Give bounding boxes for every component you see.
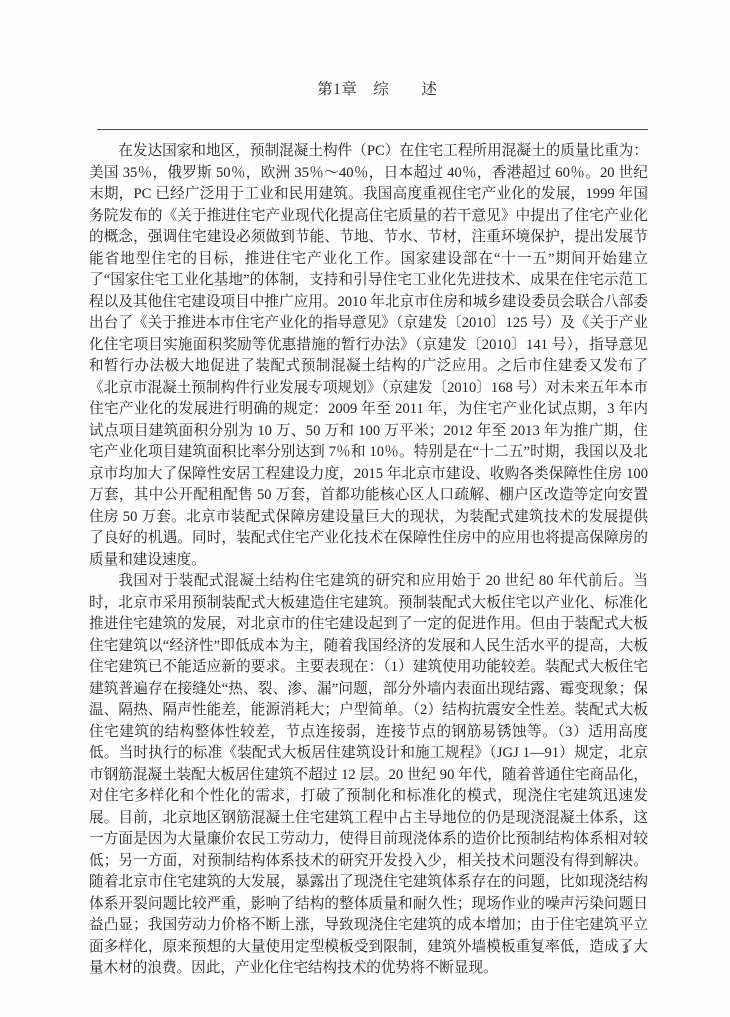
chapter-heading: 第1章 综 述 — [317, 81, 437, 98]
paragraph-2: 我国对于装配式混凝土结构住宅建筑的研究和应用始于 20 世纪 80 年代前后。当… — [89, 571, 648, 980]
header-divider — [97, 129, 648, 130]
page-number: · 3 · — [611, 942, 642, 956]
page-body: 在发达国家和地区，预制混凝土构件（PC）在住宅工程所用混凝土的质量比重为：美国 … — [89, 141, 648, 980]
paragraph-1: 在发达国家和地区，预制混凝土构件（PC）在住宅工程所用混凝土的质量比重为：美国 … — [89, 141, 648, 571]
page-footer: · 3 · — [611, 942, 642, 957]
page-header: 第1章 综 述 — [89, 60, 648, 120]
book-page: 第1章 综 述 在发达国家和地区，预制混凝土构件（PC）在住宅工程所用混凝土的质… — [0, 0, 730, 1017]
